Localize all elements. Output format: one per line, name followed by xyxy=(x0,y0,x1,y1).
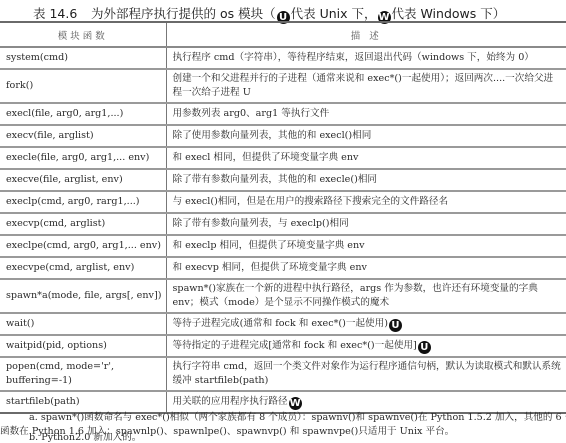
table-row: execve(file, arglist, env) 除了带有参数向量列表，其他… xyxy=(0,169,566,191)
description-cell: 除了带有参数向量列表，与 execlp()相同 xyxy=(166,213,566,235)
description-cell: 除了带有参数向量列表，其他的和 execle()相同 xyxy=(166,169,566,191)
header-function: 模块函数 xyxy=(0,22,166,47)
table-row: popen(cmd, mode='r', buffering=-1) 执行字符串… xyxy=(0,357,566,391)
table-row: execv(file, arglist) 除了使用参数向量列表，其他的和 exe… xyxy=(0,125,566,147)
function-cell: system(cmd) xyxy=(0,47,166,69)
function-cell: execle(file, arg0, arg1,... env) xyxy=(0,147,166,169)
unix-icon: U xyxy=(389,319,402,332)
function-cell: fork() xyxy=(0,69,166,103)
description-cell: 用参数列表 arg0、arg1 等执行文件 xyxy=(166,103,566,125)
description-cell: 和 execl 相同，但提供了环境变量字典 env xyxy=(166,147,566,169)
function-cell: waitpid(pid, options) xyxy=(0,335,166,357)
table-row: execlpe(cmd, arg0, arg1,... env) 和 execl… xyxy=(0,235,566,257)
header-description: 描 述 xyxy=(166,22,566,47)
table-row: spawn*a(mode, file, args[, env]) spawn*(… xyxy=(0,279,566,313)
table-row: execl(file, arg0, arg1,...) 用参数列表 arg0、a… xyxy=(0,103,566,125)
function-cell: execlpe(cmd, arg0, arg1,... env) xyxy=(0,235,166,257)
unix-icon: U xyxy=(418,341,431,354)
table-row: execvp(cmd, arglist) 除了带有参数向量列表，与 execlp… xyxy=(0,213,566,235)
function-cell: wait() xyxy=(0,313,166,335)
description-text: 等待指定的子进程完成[通常和 fock 和 exec*()一起使用] xyxy=(173,340,417,351)
function-cell: spawn*a(mode, file, args[, env]) xyxy=(0,279,166,313)
description-cell: 和 execvp 相同，但提供了环境变量字典 env xyxy=(166,257,566,279)
description-cell: 执行程序 cmd（字符串），等待程序结束，返回退出代码（windows 下，始终… xyxy=(166,47,566,69)
table-row: wait() 等待子进程完成(通常和 fock 和 exec*()一起使用)U xyxy=(0,313,566,335)
function-cell: execlp(cmd, arg0, rarg1,...) xyxy=(0,191,166,213)
description-cell: 除了使用参数向量列表，其他的和 execl()相同 xyxy=(166,125,566,147)
function-cell: execvpe(cmd, arglist, env) xyxy=(0,257,166,279)
table-row: execle(file, arg0, arg1,... env) 和 execl… xyxy=(0,147,566,169)
description-cell: 等待指定的子进程完成[通常和 fock 和 exec*()一起使用]U xyxy=(166,335,566,357)
footnote-b: b. Python2.0 新加入的。 xyxy=(29,429,566,443)
table-caption: 表 14.6 为外部程序执行提供的 os 模块（U代表 Unix 下，W代表 W… xyxy=(0,2,566,20)
title-text-2: 代表 Unix 下， xyxy=(291,6,377,21)
function-cell: execve(file, arglist, env) xyxy=(0,169,166,191)
function-cell: execvp(cmd, arglist) xyxy=(0,213,166,235)
table-row: execvpe(cmd, arglist, env) 和 execvp 相同，但… xyxy=(0,257,566,279)
windows-icon: W xyxy=(289,397,302,410)
description-text: 等待子进程完成(通常和 fock 和 exec*()一起使用) xyxy=(173,318,388,329)
table-row: fork() 创建一个和父进程并行的子进程（通常来说和 exec*()一起使用）… xyxy=(0,69,566,103)
table-number: 表 14.6 xyxy=(33,4,77,22)
title-text-1: 为外部程序执行提供的 os 模块（ xyxy=(91,6,276,21)
function-cell: execl(file, arg0, arg1,...) xyxy=(0,103,166,125)
description-cell: 执行字符串 cmd，返回一个类文件对象作为运行程序通信句柄，默认为读取模式和默认… xyxy=(166,357,566,391)
os-functions-table: 模块函数 描 述 system(cmd) 执行程序 cmd（字符串），等待程序结… xyxy=(0,21,566,414)
function-cell: popen(cmd, mode='r', buffering=-1) xyxy=(0,357,166,391)
description-cell: 创建一个和父进程并行的子进程（通常来说和 exec*()一起使用）；返回两次..… xyxy=(166,69,566,103)
footnote-a-line1: a. spawn*()函数命名与 exec*()相似（两个家族都有 8 个成员）… xyxy=(29,409,566,423)
description-text: 用关联的应用程序执行路径 xyxy=(173,396,288,407)
table-row: execlp(cmd, arg0, rarg1,...) 与 execl()相同… xyxy=(0,191,566,213)
description-cell: 和 execlp 相同，但提供了环境变量字典 env xyxy=(166,235,566,257)
title-text-3: 代表 Windows 下） xyxy=(392,6,506,21)
function-cell: execv(file, arglist) xyxy=(0,125,166,147)
table-row: system(cmd) 执行程序 cmd（字符串），等待程序结束，返回退出代码（… xyxy=(0,47,566,69)
description-cell: 与 execl()相同，但是在用户的搜索路径下搜索完全的文件路径名 xyxy=(166,191,566,213)
description-cell: spawn*()家族在一个新的进程中执行路径，args 作为参数，也许还有环境变… xyxy=(166,279,566,313)
description-cell: 等待子进程完成(通常和 fock 和 exec*()一起使用)U xyxy=(166,313,566,335)
header-row: 模块函数 描 述 xyxy=(0,22,566,47)
table-row: waitpid(pid, options) 等待指定的子进程完成[通常和 foc… xyxy=(0,335,566,357)
